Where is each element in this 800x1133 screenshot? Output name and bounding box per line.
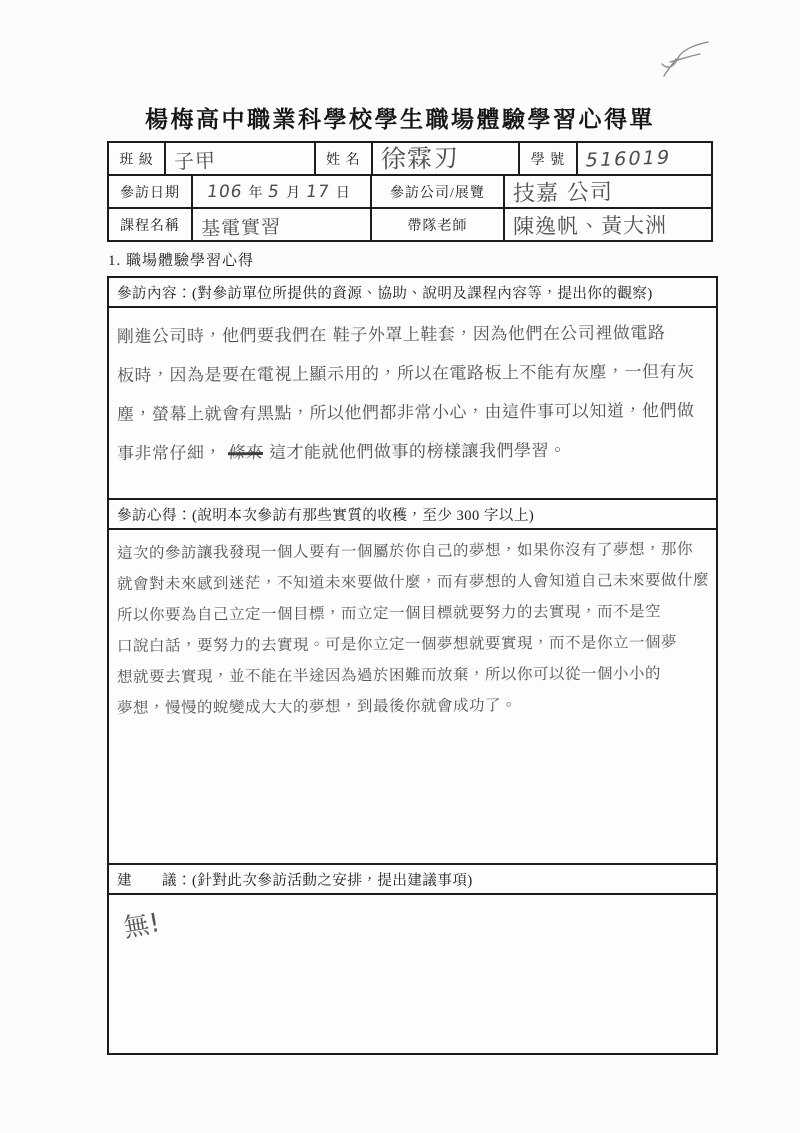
handwritten-text: 這才能就他們做事的榜樣讓我們學習。	[269, 441, 567, 463]
handwritten-line: 這次的參訪讓我發現一個人要有一個屬於你自己的夢想，如果你沒有了夢想，那你	[117, 534, 712, 569]
class-label-cell: 班 級	[109, 143, 166, 175]
class-handwritten-value: 子甲	[174, 144, 217, 174]
date-day-unit: 日	[336, 182, 350, 202]
student-id-value-cell: 516019	[578, 143, 711, 175]
date-day-handwritten: 17	[305, 182, 331, 202]
course-handwritten-value: 基電實習	[201, 212, 282, 241]
suggestion-body: 無!	[109, 895, 716, 1058]
table-row: 班 級 子甲 姓 名 徐霖刃 學 號 516019	[109, 143, 711, 176]
handwritten-line: 口說白話，要努力的去實現。可是你立定一個夢想就要實現，而不是你立一個夢	[117, 627, 712, 662]
name-handwritten-value: 徐霖刃	[381, 138, 460, 175]
handwritten-line: 就會對未來感到迷茫，不知道未來要做什麼，而有夢想的人會知道自己未來要做什麼	[117, 565, 712, 600]
date-month-handwritten: 5	[267, 182, 282, 202]
class-value-cell: 子甲	[166, 143, 316, 175]
handwritten-text: 事非常仔細，	[117, 443, 222, 464]
handwritten-line: 剛進公司時，他們要我們在 鞋子外罩上鞋套，因為他們在公司裡做電路	[117, 314, 710, 357]
suggestion-handwritten-answer: 無!	[120, 902, 162, 945]
checkmark-scribble-icon	[648, 32, 718, 82]
handwritten-line: 夢想，慢慢的蛻變成大大的夢想，到最後你就會成功了。	[117, 689, 712, 724]
student-id-handwritten-value: 516019	[584, 147, 673, 172]
date-month-unit: 月	[286, 182, 300, 202]
company-handwritten-value: 技嘉 公司	[513, 175, 614, 208]
visit-reflection-body: 這次的參訪讓我發現一個人要有一個屬於你自己的夢想，如果你沒有了夢想，那你 就會對…	[109, 530, 716, 865]
course-label-cell: 課程名稱	[109, 209, 193, 240]
teacher-handwritten-value: 陳逸帆、黃大洲	[513, 209, 667, 240]
handwritten-line: 塵，螢幕上就會有黑點，所以他們都非常小心，由這件事可以知道，他們做	[117, 392, 710, 435]
handwritten-line: 想就要去實現，並不能在半途因為過於困難而放棄，所以你可以從一個小小的	[117, 658, 712, 693]
visit-reflection-header: 參訪心得：(說明本次參訪有那些實質的收穫，至少 300 字以上)	[109, 500, 716, 530]
company-value-cell: 技嘉 公司	[505, 176, 711, 207]
student-info-table: 班 級 子甲 姓 名 徐霖刃 學 號 516019 參訪日期 106 年 5 月…	[107, 141, 713, 242]
form-title: 楊梅高中職業科學校學生職場體驗學習心得單	[0, 101, 800, 134]
section-heading: 1. 職場體驗學習心得	[108, 249, 254, 270]
handwritten-line: 所以你要為自己立定一個目標，而立定一個目標就要努力的去實現，而不是空	[117, 596, 712, 631]
teacher-label-cell: 帶隊老師	[372, 209, 505, 240]
teacher-value-cell: 陳逸帆、黃大洲	[505, 209, 711, 240]
scanned-form-page: 楊梅高中職業科學校學生職場體驗學習心得單 班 級 子甲 姓 名 徐霖刃 學 號 …	[0, 0, 800, 1133]
date-year-unit: 年	[248, 182, 262, 202]
visit-content-body: 剛進公司時，他們要我們在 鞋子外罩上鞋套，因為他們在公司裡做電路 板時，因為是要…	[109, 308, 716, 500]
reflection-form-box: 參訪內容：(對參訪單位所提供的資源、協助、說明及課程內容等，提出你的觀察) 剛進…	[107, 276, 718, 1055]
table-row: 參訪日期 106 年 5 月 17 日 參訪公司/展覽 技嘉 公司	[109, 176, 711, 209]
handwritten-line: 板時，因為是要在電視上顯示用的，所以在電路板上不能有灰塵，一但有灰	[117, 353, 710, 396]
course-value-cell: 基電實習	[193, 209, 372, 240]
handwritten-line: 事非常仔細，條來這才能就他們做事的榜樣讓我們學習。	[117, 431, 710, 474]
company-label-cell: 參訪公司/展覽	[372, 176, 505, 207]
table-row: 課程名稱 基電實習 帶隊老師 陳逸帆、黃大洲	[109, 209, 711, 240]
name-label-cell: 姓 名	[316, 143, 373, 175]
visit-date-label-cell: 參訪日期	[109, 176, 193, 207]
strikethrough-text: 條來	[226, 434, 265, 473]
suggestion-header: 建 議：(針對此次參訪活動之安排，提出建議事項)	[109, 865, 716, 895]
name-value-cell: 徐霖刃	[373, 143, 520, 175]
visit-date-value-cell: 106 年 5 月 17 日	[193, 176, 372, 207]
date-year-handwritten: 106	[206, 182, 244, 202]
visit-content-header: 參訪內容：(對參訪單位所提供的資源、協助、說明及課程內容等，提出你的觀察)	[109, 278, 716, 308]
student-id-label-cell: 學 號	[520, 143, 578, 175]
